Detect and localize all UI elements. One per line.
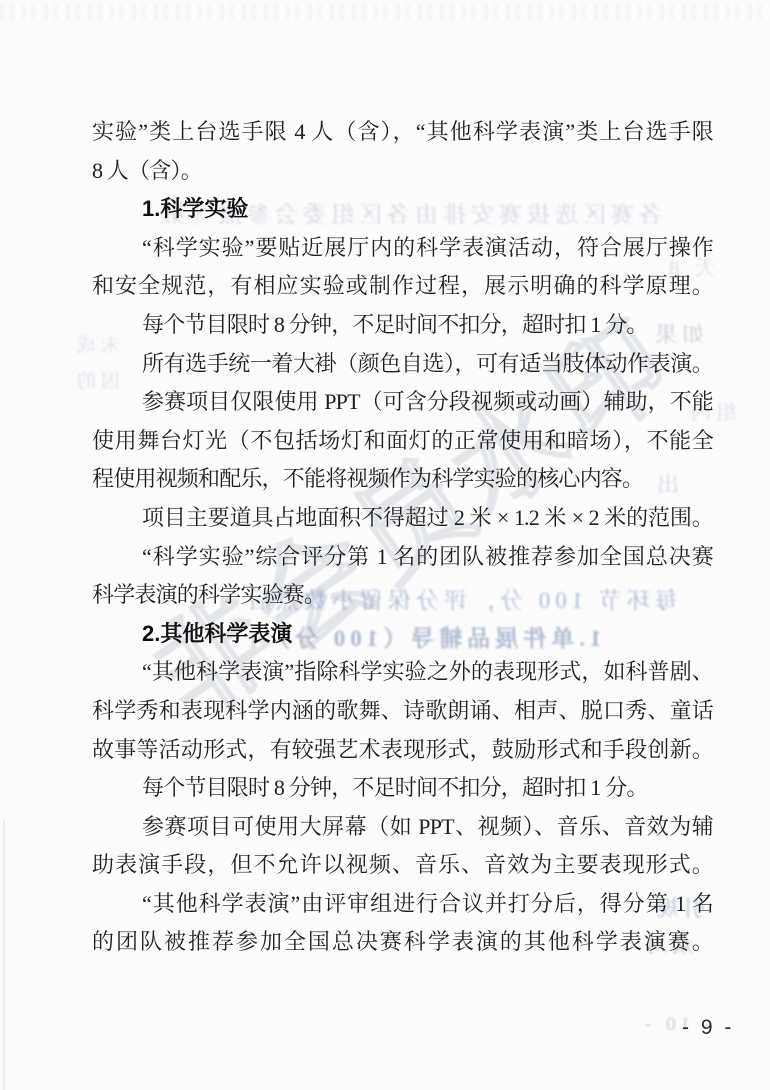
- doc-line: 科学秀和表现科学内涵的歌舞、诗歌朗诵、相声、脱口秀、童话: [92, 692, 713, 731]
- scanner-edge-artifact: [3, 820, 5, 1090]
- doc-line: 科学表演的科学实验赛。: [92, 576, 713, 615]
- page-number: - 9 -: [682, 1016, 734, 1040]
- doc-line: “其他科学表演”指除科学实验之外的表现形式，如科普剧、: [92, 653, 713, 692]
- scanned-document-page: 非会员水印 各赛区选拔赛安排由各区组委会参照《第天 8未成如果因的组内出每环节 …: [0, 0, 770, 1090]
- doc-line: “科学实验”综合评分第 1 名的团队被推荐参加全国总决赛: [92, 538, 713, 577]
- doc-line: 每个节目限时 8 分钟，不足时间不扣分，超时扣 1 分。: [92, 769, 713, 808]
- document-body: 实验”类上台选手限 4 人（含），“其他科学表演”类上台选手限 8 人（含）。 …: [92, 113, 713, 962]
- doc-line: 每个节目限时 8 分钟，不足时间不扣分，超时扣 1 分。: [92, 306, 713, 345]
- doc-line: 参赛项目仅限使用 PPT（可含分段视频或动画）辅助，不能: [92, 383, 713, 422]
- doc-line: 故事等活动形式，有较强艺术表现形式，鼓励形式和手段创新。: [92, 731, 713, 770]
- doc-line: 项目主要道具占地面积不得超过 2 米 × 1.2 米 × 2 米的范围。: [92, 499, 713, 538]
- section-heading: 2.其他科学表演: [92, 615, 713, 654]
- doc-line: “科学实验”要贴近展厅内的科学表演活动，符合展厅操作: [92, 229, 713, 268]
- doc-line: 助表演手段，但不允许以视频、音乐、音效为主要表现形式。: [92, 846, 713, 885]
- section-heading: 1.科学实验: [92, 190, 713, 229]
- doc-line: “其他科学表演”由评审组进行合议并打分后，得分第 1 名: [92, 885, 713, 924]
- doc-line: 程使用视频和配乐，不能将视频作为科学实验的核心内容。: [92, 460, 713, 499]
- doc-line: 使用舞台灯光（不包括场灯和面灯的正常使用和暗场），不能全: [92, 422, 713, 461]
- doc-line: 所有选手统一着大褂（颜色自选），可有适当肢体动作表演。: [92, 345, 713, 384]
- scanner-noise-band: [0, 4, 770, 20]
- doc-line: 实验”类上台选手限 4 人（含），“其他科学表演”类上台选手限: [92, 113, 713, 152]
- doc-line: 和安全规范，有相应实验或制作过程，展示明确的科学原理。: [92, 267, 713, 306]
- doc-line: 参赛项目可使用大屏幕（如 PPT、视频）、音乐、音效为辅: [92, 808, 713, 847]
- doc-line: 8 人（含）。: [92, 152, 713, 191]
- doc-line: 的团队被推荐参加全国总决赛科学表演的其他科学表演赛。: [92, 923, 713, 962]
